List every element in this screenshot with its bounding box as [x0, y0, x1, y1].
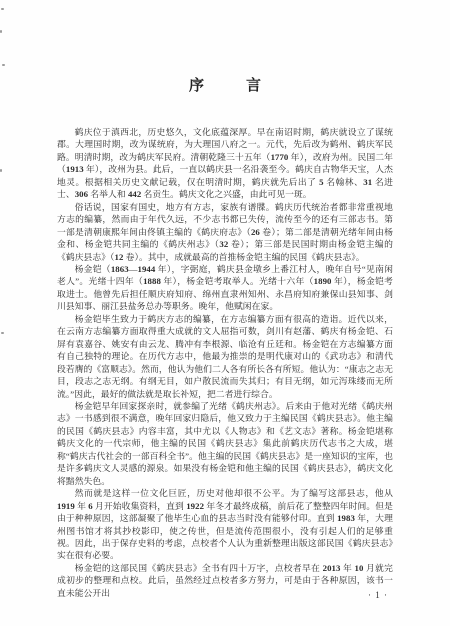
paragraph-1: 鹤庆位于滇西北，历史悠久，文化底蕴深厚。早在南诏时期，鹤庆就设立了谋统郡。大理国… [57, 126, 393, 201]
paragraph-5: 杨金铠早年回家探亲时，就参编了光绪《鹤庆州志》。后来由于他对光绪《鹤庆州志》一书… [57, 400, 393, 487]
book-page: 序 言 鹤庆位于滇西北，历史悠久，文化底蕴深厚。早在南诏时期，鹤庆就设立了谋统郡… [0, 0, 450, 626]
scan-artifact [1, 8, 4, 10]
paragraph-3: 杨金铠（1863—1944 年），字弼庭，鹤庆县金墩乡上番江村人，晚年自号“见南… [57, 263, 393, 313]
paragraph-6: 然而就是这样一位文化巨匠，历史对他却很不公平。为了编写这部县志，他从 1919 … [57, 487, 393, 562]
scan-artifact [1, 332, 4, 334]
scan-artifact [0, 169, 2, 172]
page-title: 序 言 [0, 0, 450, 95]
preface-body: 鹤庆位于滇西北，历史悠久，文化底蕴深厚。早在南诏时期，鹤庆就设立了谋统郡。大理国… [57, 126, 393, 599]
page-number: · 1 · [368, 590, 388, 600]
paragraph-2: 俗话说，国家有国史，地方有方志，家族有谱牒。鹤庆历代统治者都非常重视地方志的编纂… [57, 201, 393, 263]
scan-artifact [2, 64, 5, 66]
paragraph-4: 杨金铠毕生致力于鹤庆方志的编纂，在方志编纂方面有很高的造诣。近代以来，在云南方志… [57, 313, 393, 400]
paragraph-7: 杨金铠的这部民国《鹤庆县志》全书有四十万字，点校者早在 2013 年 10 月就… [57, 562, 393, 599]
scan-artifact [0, 30, 2, 33]
